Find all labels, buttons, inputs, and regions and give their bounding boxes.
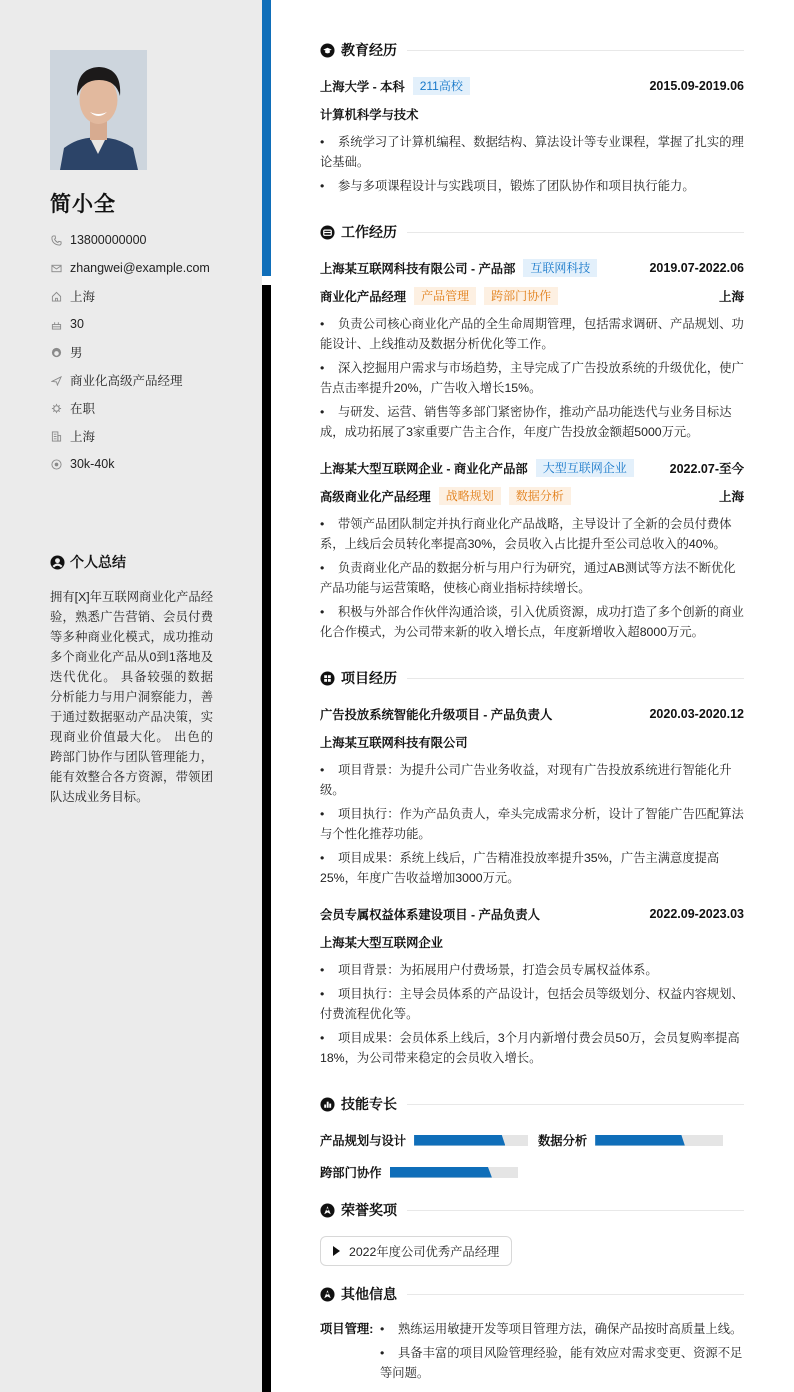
briefcase-icon bbox=[320, 225, 335, 240]
info-position: 商业化高级产品经理 bbox=[50, 366, 210, 394]
info-value[interactable]: 13800000000 bbox=[70, 233, 146, 247]
summary-heading: 个人总结 bbox=[50, 552, 126, 572]
contact-info-list: 13800000000 zhangwei@example.com 上海 30 男… bbox=[50, 226, 210, 478]
section-title: 项目经历 bbox=[341, 668, 397, 688]
section-title: 技能专长 bbox=[341, 1094, 397, 1114]
skill-item: 跨部门协作 bbox=[320, 1162, 518, 1182]
job-header: 上海某互联网科技有限公司 - 产品部 互联网科技 2019.07-2022.06 bbox=[320, 258, 744, 278]
skill-bar-fill bbox=[414, 1135, 505, 1146]
user-circle-icon bbox=[50, 555, 65, 570]
award-icon bbox=[320, 1203, 335, 1218]
projects-heading: 项目经历 bbox=[320, 668, 744, 688]
project-dates: 2020.03-2020.12 bbox=[649, 707, 744, 721]
job-role-row: 商业化产品经理 产品管理 跨部门协作 上海 bbox=[320, 286, 744, 306]
bullet-item: •项目背景：为提升公司广告业务收益，对现有广告投放系统进行智能化升级。 bbox=[320, 760, 744, 800]
building-icon bbox=[50, 430, 62, 442]
info-status: 在职 bbox=[50, 394, 210, 422]
skill-tag: 战略规划 bbox=[439, 487, 501, 505]
skill-bar bbox=[414, 1135, 528, 1146]
job-role: 高级商业化产品经理 bbox=[320, 487, 431, 505]
awards-heading: 荣誉奖项 bbox=[320, 1200, 744, 1220]
job-bullets: •带领产品团队制定并执行商业化产品战略，主导设计了全新的会员付费体系，上线后会员… bbox=[320, 514, 744, 646]
education-row: 上海大学 - 本科 211高校 2015.09-2019.06 bbox=[320, 76, 744, 96]
job-dates: 2022.07-至今 bbox=[670, 459, 744, 477]
section-rule bbox=[407, 1104, 744, 1105]
grid-icon bbox=[320, 671, 335, 686]
other-label: 项目管理: bbox=[320, 1319, 373, 1339]
skill-bar bbox=[390, 1167, 518, 1178]
project-dates: 2022.09-2023.03 bbox=[649, 907, 744, 921]
project-company-row: 上海某大型互联网企业 bbox=[320, 932, 744, 952]
skill-tag: 跨部门协作 bbox=[484, 287, 558, 305]
award-label: 2022年度公司优秀产品经理 bbox=[349, 1242, 499, 1260]
bullet-item: •带领产品团队制定并执行商业化产品战略，主导设计了全新的会员付费体系，上线后会员… bbox=[320, 514, 744, 554]
bullet-item: •项目执行：主导会员体系的产品设计，包括会员等级划分、权益内容规划、付费流程优化… bbox=[320, 984, 744, 1024]
job-location: 上海 bbox=[719, 287, 744, 305]
skill-tag: 数据分析 bbox=[509, 487, 571, 505]
status-icon bbox=[50, 402, 62, 414]
job-bullets: •负责公司核心商业化产品的全生命周期管理，包括需求调研、产品规划、功能设计、上线… bbox=[320, 314, 744, 446]
info-value: 在职 bbox=[70, 399, 95, 417]
info-city: 上海 bbox=[50, 422, 210, 450]
bullet-item: •系统学习了计算机编程、数据结构、算法设计等专业课程，掌握了扎实的理论基础。 bbox=[320, 132, 744, 172]
education-dates: 2015.09-2019.06 bbox=[649, 79, 744, 93]
info-badge-icon bbox=[320, 1287, 335, 1302]
info-value: 商业化高级产品经理 bbox=[70, 371, 183, 389]
project-company: 上海某大型互联网企业 bbox=[320, 933, 443, 951]
project-name: 广告投放系统智能化升级项目 - 产品负责人 bbox=[320, 705, 552, 723]
bullet-item: •项目成果：会员体系上线后，3个月内新增付费会员50万，会员复购率提高18%，为… bbox=[320, 1028, 744, 1068]
section-title: 工作经历 bbox=[341, 222, 397, 242]
info-value[interactable]: zhangwei@example.com bbox=[70, 261, 210, 275]
info-value: 上海 bbox=[70, 427, 95, 445]
accent-bar bbox=[262, 0, 271, 276]
info-value: 30k-40k bbox=[70, 457, 114, 471]
education-heading: 教育经历 bbox=[320, 40, 744, 60]
bullet-item: •参与多项课程设计与实践项目，锻炼了团队协作和项目执行能力。 bbox=[320, 176, 744, 196]
info-gender: 男 bbox=[50, 338, 210, 366]
other-bullets: •熟练运用敏捷开发等项目管理方法，确保产品按时高质量上线。 •具备丰富的项目风险… bbox=[380, 1319, 744, 1387]
bullet-item: •与研发、运营、销售等多部门紧密协作，推动产品功能迭代与业务目标达成，成功拓展了… bbox=[320, 402, 744, 442]
skills-heading: 技能专长 bbox=[320, 1094, 744, 1114]
bullet-item: •熟练运用敏捷开发等项目管理方法，确保产品按时高质量上线。 bbox=[380, 1319, 744, 1339]
industry-tag: 大型互联网企业 bbox=[536, 459, 634, 477]
job-role: 商业化产品经理 bbox=[320, 287, 406, 305]
project-bullets: •项目背景：为提升公司广告业务收益，对现有广告投放系统进行智能化升级。 •项目执… bbox=[320, 760, 744, 892]
bullet-item: •项目执行：作为产品负责人，牵头完成需求分析，设计了智能广告匹配算法与个性化推荐… bbox=[320, 804, 744, 844]
industry-tag: 互联网科技 bbox=[523, 259, 597, 277]
plane-icon bbox=[50, 374, 62, 386]
summary-title: 个人总结 bbox=[70, 552, 126, 572]
section-rule bbox=[407, 678, 744, 679]
bullet-item: •深入挖掘用户需求与市场趋势，主导完成了广告投放系统的升级优化，使广告点击率提升… bbox=[320, 358, 744, 398]
project-company: 上海某互联网科技有限公司 bbox=[320, 733, 468, 751]
skill-name: 跨部门协作 bbox=[320, 1163, 382, 1181]
info-email: zhangwei@example.com bbox=[50, 254, 210, 282]
info-salary: 30k-40k bbox=[50, 450, 210, 478]
bullet-item: •积极与外部合作伙伴沟通洽谈，引入优质资源，成功打造了多个创新的商业化合作模式，… bbox=[320, 602, 744, 642]
phone-icon bbox=[50, 234, 62, 246]
job-role-row: 高级商业化产品经理 战略规划 数据分析 上海 bbox=[320, 486, 744, 506]
job-header: 上海某大型互联网企业 - 商业化产品部 大型互联网企业 2022.07-至今 bbox=[320, 458, 744, 478]
company-name: 上海某大型互联网企业 - 商业化产品部 bbox=[320, 459, 528, 477]
bullet-item: •项目成果：系统上线后，广告精准投放率提升35%，广告主满意度提高25%，年度广… bbox=[320, 848, 744, 888]
skill-tag: 产品管理 bbox=[414, 287, 476, 305]
bar-chart-icon bbox=[320, 1097, 335, 1112]
bullet-item: •负责公司核心商业化产品的全生命周期管理，包括需求调研、产品规划、功能设计、上线… bbox=[320, 314, 744, 354]
graduation-cap-icon bbox=[320, 43, 335, 58]
project-header: 会员专属权益体系建设项目 - 产品负责人 2022.09-2023.03 bbox=[320, 904, 744, 924]
section-rule bbox=[407, 50, 744, 51]
info-value: 上海 bbox=[70, 287, 95, 305]
profile-photo bbox=[50, 50, 147, 170]
skill-item: 数据分析 bbox=[538, 1130, 723, 1150]
section-title: 荣誉奖项 bbox=[341, 1200, 397, 1220]
info-value: 30 bbox=[70, 317, 84, 331]
major-row: 计算机科学与技术 bbox=[320, 104, 744, 124]
salary-icon bbox=[50, 458, 62, 470]
candidate-name: 简小全 bbox=[50, 188, 116, 218]
bullet-item: •项目背景：为拓展用户付费场景，打造会员专属权益体系。 bbox=[320, 960, 744, 980]
divider-bar bbox=[262, 285, 271, 1392]
section-rule bbox=[407, 232, 744, 233]
bullet-item: •具备丰富的项目风险管理经验，能有效应对需求变更、资源不足等问题。 bbox=[380, 1343, 744, 1383]
section-title: 教育经历 bbox=[341, 40, 397, 60]
info-value: 男 bbox=[70, 343, 83, 361]
info-age: 30 bbox=[50, 310, 210, 338]
section-rule bbox=[407, 1210, 744, 1211]
section-rule bbox=[407, 1294, 744, 1295]
skill-name: 数据分析 bbox=[538, 1131, 587, 1149]
project-company-row: 上海某互联网科技有限公司 bbox=[320, 732, 744, 752]
other-heading: 其他信息 bbox=[320, 1284, 744, 1304]
school-name: 上海大学 - 本科 bbox=[320, 77, 405, 95]
major: 计算机科学与技术 bbox=[320, 105, 418, 123]
skill-item: 产品规划与设计 bbox=[320, 1130, 528, 1150]
info-phone: 13800000000 bbox=[50, 226, 210, 254]
bullet-item: •负责商业化产品的数据分析与用户行为研究，通过AB测试等方法不断优化产品功能与运… bbox=[320, 558, 744, 598]
info-home: 上海 bbox=[50, 282, 210, 310]
play-triangle-icon bbox=[333, 1246, 340, 1256]
project-name: 会员专属权益体系建设项目 - 产品负责人 bbox=[320, 905, 540, 923]
gender-icon bbox=[50, 346, 62, 358]
company-name: 上海某互联网科技有限公司 - 产品部 bbox=[320, 259, 515, 277]
project-header: 广告投放系统智能化升级项目 - 产品负责人 2020.03-2020.12 bbox=[320, 704, 744, 724]
section-title: 其他信息 bbox=[341, 1284, 397, 1304]
skill-name: 产品规划与设计 bbox=[320, 1131, 406, 1149]
job-dates: 2019.07-2022.06 bbox=[649, 261, 744, 275]
project-bullets: •项目背景：为拓展用户付费场景，打造会员专属权益体系。 •项目执行：主导会员体系… bbox=[320, 960, 744, 1072]
summary-text: 拥有[X]年互联网商业化产品经验，熟悉广告营销、会员付费等多种商业化模式，成功推… bbox=[50, 587, 213, 807]
mail-icon bbox=[50, 262, 62, 274]
skill-bar-fill bbox=[595, 1135, 685, 1146]
cake-icon bbox=[50, 318, 62, 330]
school-tag: 211高校 bbox=[413, 77, 470, 95]
work-heading: 工作经历 bbox=[320, 222, 744, 242]
education-bullets: •系统学习了计算机编程、数据结构、算法设计等专业课程，掌握了扎实的理论基础。 •… bbox=[320, 132, 744, 200]
skill-bar-fill bbox=[390, 1167, 492, 1178]
home-icon bbox=[50, 290, 62, 302]
skill-bar bbox=[595, 1135, 723, 1146]
award-item[interactable]: 2022年度公司优秀产品经理 bbox=[320, 1236, 512, 1266]
job-location: 上海 bbox=[719, 487, 744, 505]
